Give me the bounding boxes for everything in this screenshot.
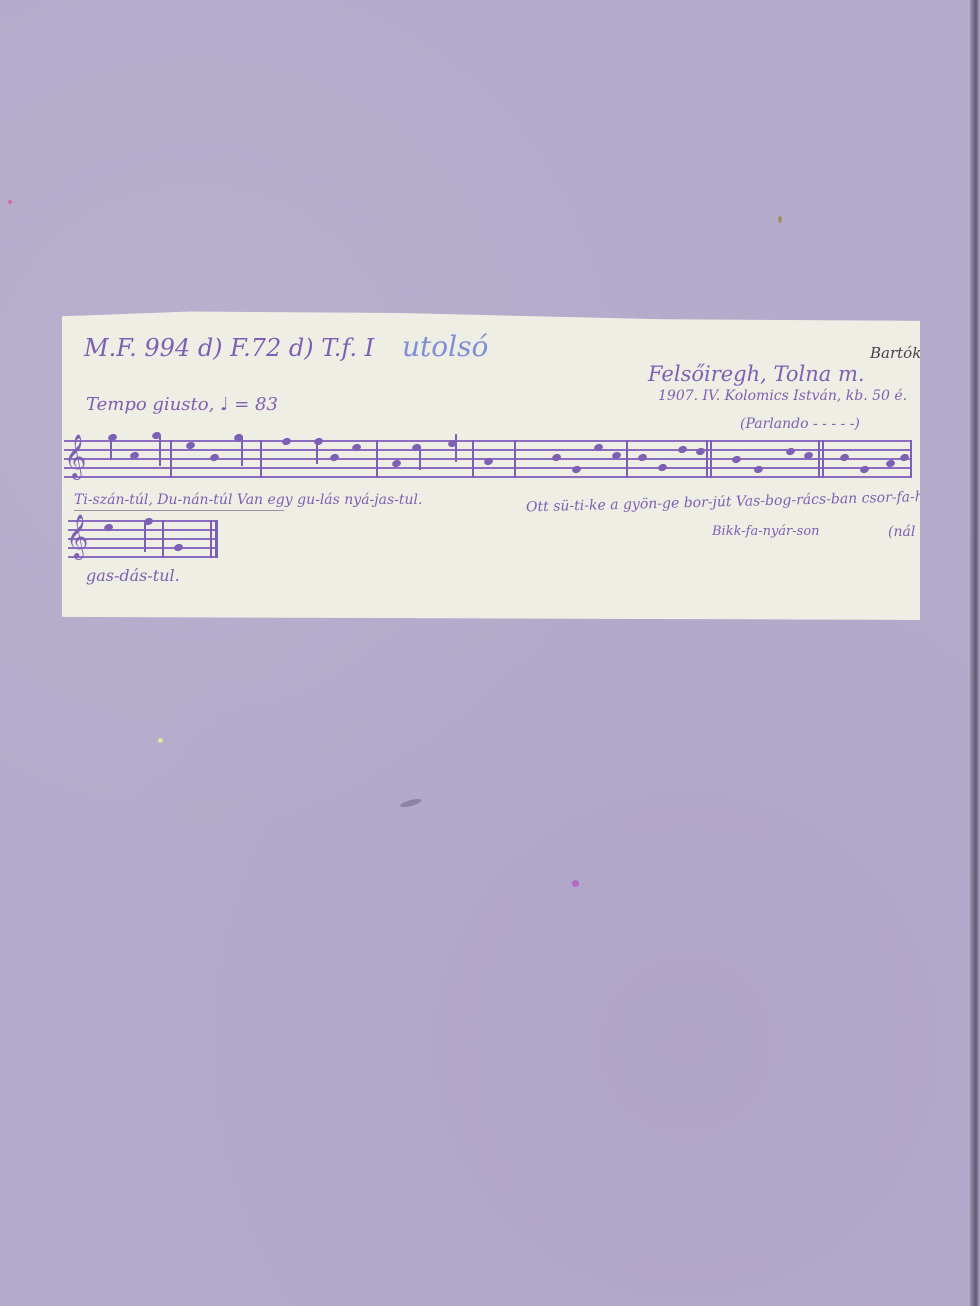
date-and-singer: 1907. IV. Kolomics István, kb. 50 é.: [658, 388, 907, 404]
paper-speck: [8, 200, 12, 204]
lyrics-line-2: Ott sü-ti-ke a gyön-ge bor-jút Vas-bog-r…: [526, 489, 941, 516]
paper-speck: [778, 216, 782, 223]
treble-clef-icon: 𝄞: [66, 514, 88, 559]
lyrics-line-3: Bikk-fa-nyár-son: [712, 524, 820, 539]
lyrics-line-2-ending: (nál: [888, 524, 915, 540]
lyrics-final: gas-dás-tul.: [86, 566, 180, 585]
performance-note: (Parlando - - - - -): [740, 416, 860, 432]
paper-speck: [158, 738, 163, 743]
music-staff-1: 𝄞: [64, 440, 912, 480]
treble-clef-icon: 𝄞: [64, 434, 86, 479]
collector-signature: Bartók: [870, 344, 921, 362]
lyrics-line-1: Ti-szán-túl, Du-nán-túl Van egy gu-lás n…: [74, 492, 422, 508]
folder-edge: [970, 0, 980, 1306]
music-staff-2: 𝄞: [68, 520, 218, 560]
annotation-utolso: utolsó: [402, 330, 488, 363]
catalog-reference: M.F. 994 d) F.72 d) T.f. I: [84, 334, 374, 362]
lyrics-underline: [74, 510, 284, 511]
paper-fiber: [400, 797, 423, 808]
location: Felsőiregh, Tolna m.: [648, 362, 865, 386]
transcription-card: M.F. 994 d) F.72 d) T.f. I utolsó Bartók…: [62, 310, 920, 620]
tempo-marking: Tempo giusto, ♩ = 83: [86, 394, 278, 415]
paper-speck: [572, 880, 579, 887]
